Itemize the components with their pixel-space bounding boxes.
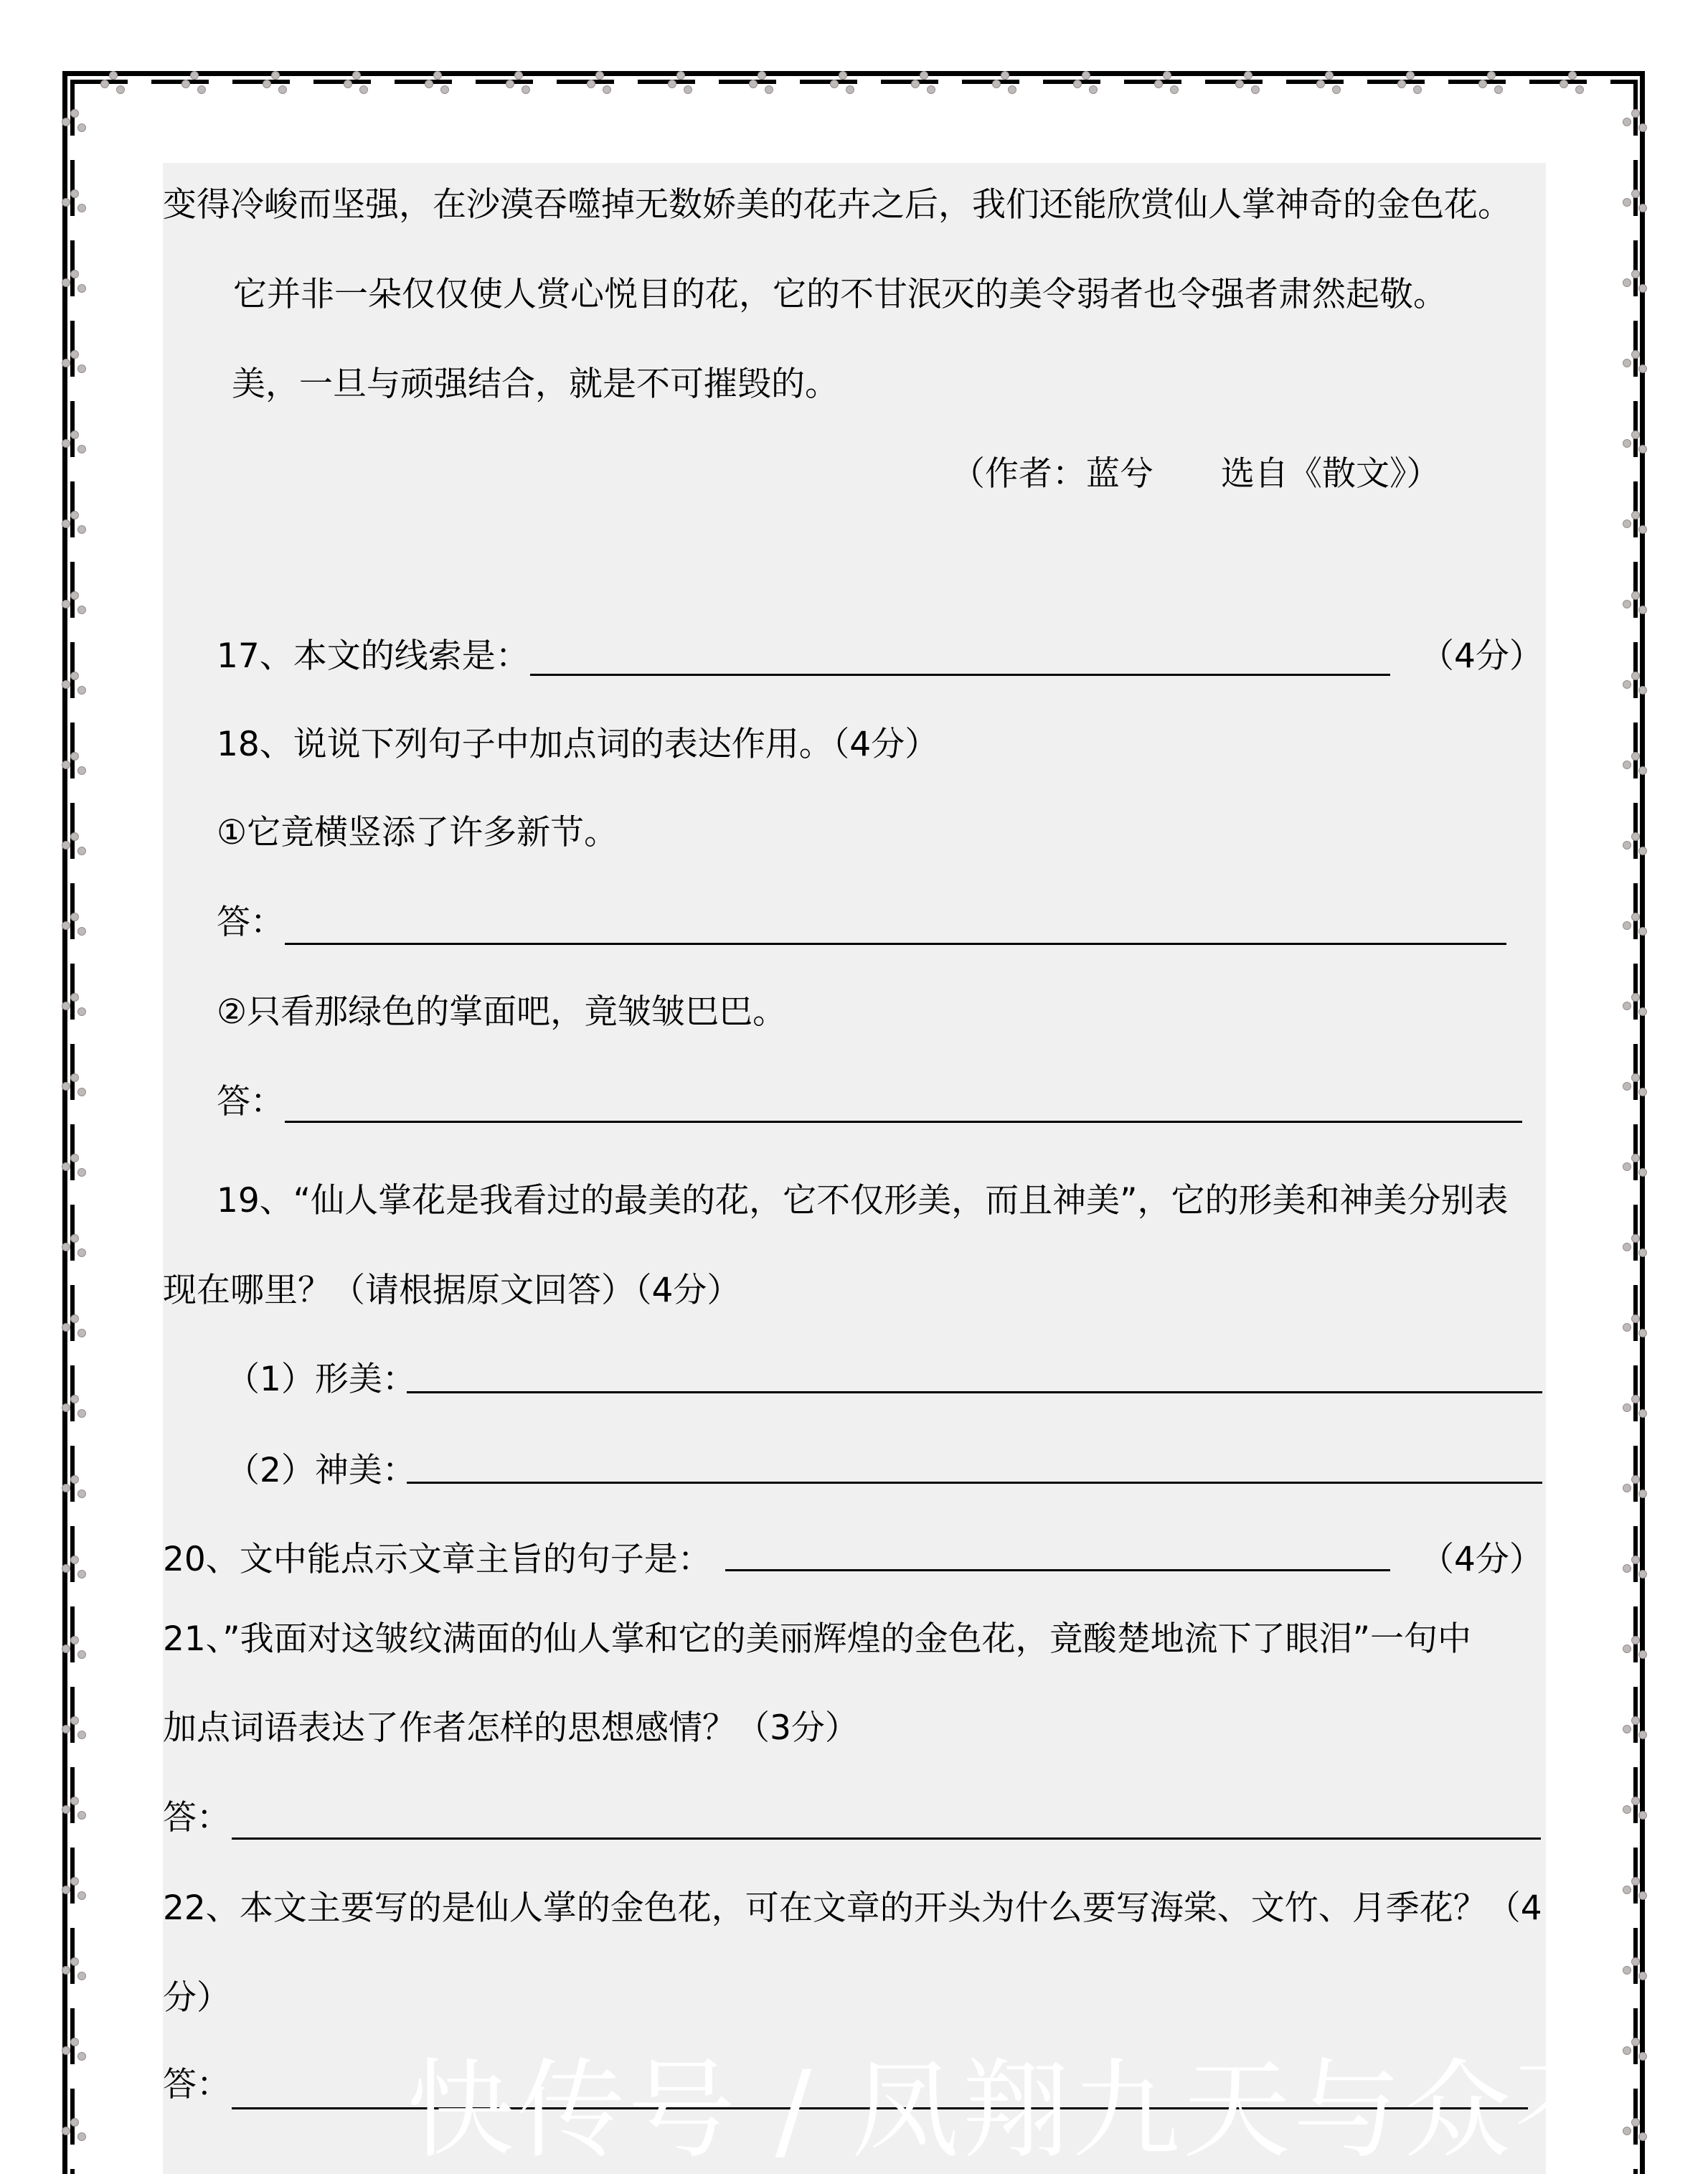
dot-cluster-ornament xyxy=(62,430,88,455)
dot-cluster-ornament xyxy=(62,993,88,1017)
dot-cluster-ornament xyxy=(1623,270,1648,294)
dot-cluster-ornament xyxy=(1623,1716,1648,1741)
question-22-answer-label: 答： xyxy=(163,2068,230,2102)
question-18-answer-1-blank[interactable] xyxy=(285,943,1506,945)
question-22-line-1: 22、本文主要写的是仙人掌的金色花，可在文章的开头为什么要写海棠、文竹、月季花？… xyxy=(163,1891,1542,1925)
dot-cluster-ornament xyxy=(1073,71,1099,95)
question-18-answer-1-label: 答： xyxy=(217,905,284,939)
dot-cluster-ornament xyxy=(1623,672,1648,696)
question-18-text: 18、说说下列句子中加点词的表达作用。（4分） xyxy=(217,728,938,761)
dot-cluster-ornament xyxy=(62,1154,88,1178)
dot-cluster-ornament xyxy=(1316,71,1342,95)
question-17-text: 17、本文的线索是： xyxy=(217,639,529,673)
dot-cluster-ornament xyxy=(62,2038,88,2062)
dot-cluster-ornament xyxy=(1623,913,1648,937)
dot-cluster-ornament xyxy=(1623,2038,1648,2062)
dot-cluster-ornament xyxy=(1623,1475,1648,1500)
dot-cluster-ornament xyxy=(1623,993,1648,1017)
dot-cluster-ornament xyxy=(1623,1957,1648,1982)
dot-cluster-ornament xyxy=(425,71,450,95)
frame-outer-right-border xyxy=(1640,71,1645,2174)
dot-cluster-ornament xyxy=(1623,1073,1648,1098)
question-19-part-1-blank[interactable] xyxy=(407,1391,1542,1393)
frame-outer-left-border xyxy=(62,71,67,2174)
dot-cluster-ornament xyxy=(1623,109,1648,133)
dot-cluster-ornament xyxy=(1154,71,1180,95)
dot-cluster-ornament xyxy=(62,350,88,375)
dot-cluster-ornament xyxy=(1478,71,1504,95)
dot-cluster-ornament xyxy=(1623,832,1648,857)
dot-cluster-ornament xyxy=(1623,1556,1648,1580)
question-20-score: （4分） xyxy=(1420,1543,1543,1576)
frame-inner-left-dashes xyxy=(70,80,75,2174)
question-18-answer-2-blank[interactable] xyxy=(285,1121,1522,1123)
question-22-line-2: 分） xyxy=(163,1981,230,2015)
question-19-part-2-blank[interactable] xyxy=(407,1482,1542,1484)
question-18-answer-2-label: 答： xyxy=(217,1085,284,1119)
dot-cluster-ornament xyxy=(1623,1797,1648,1821)
dot-cluster-ornament xyxy=(62,109,88,133)
dot-cluster-ornament xyxy=(992,71,1018,95)
question-19-line-1: 19、“仙人掌花是我看过的最美的花，它不仅形美，而且神美”，它的形美和神美分别表 xyxy=(217,1184,1509,1218)
dot-cluster-ornament xyxy=(62,270,88,294)
dot-cluster-ornament xyxy=(181,71,207,95)
dot-cluster-ornament xyxy=(1397,71,1423,95)
dot-cluster-ornament xyxy=(668,71,694,95)
dot-cluster-ornament xyxy=(62,1395,88,1419)
question-20-text: 20、文中能点示文章主旨的句子是： xyxy=(163,1543,712,1576)
question-17-score: （4分） xyxy=(1420,639,1543,673)
watermark-text: 快传号 / 凤翔九天与众不 xyxy=(407,2057,1546,2165)
dot-cluster-ornament xyxy=(62,1957,88,1982)
dot-cluster-ornament xyxy=(1623,1234,1648,1258)
dot-cluster-ornament xyxy=(62,1475,88,1500)
question-17-answer-blank[interactable] xyxy=(530,674,1390,676)
question-21-answer-blank[interactable] xyxy=(232,1837,1541,1840)
dot-cluster-ornament xyxy=(263,71,288,95)
question-18-item-1: ①它竟横竖添了许多新节。 xyxy=(217,816,618,850)
dot-cluster-ornament xyxy=(100,71,126,95)
dot-cluster-ornament xyxy=(1623,189,1648,214)
dot-cluster-ornament xyxy=(1623,1154,1648,1178)
dot-cluster-ornament xyxy=(62,1314,88,1339)
dot-cluster-ornament xyxy=(62,1073,88,1098)
dot-cluster-ornament xyxy=(1623,1395,1648,1419)
dot-cluster-ornament xyxy=(1560,71,1585,95)
dot-cluster-ornament xyxy=(62,832,88,857)
dot-cluster-ornament xyxy=(1623,591,1648,616)
dot-cluster-ornament xyxy=(62,511,88,535)
dot-cluster-ornament xyxy=(911,71,937,95)
question-19-line-2: 现在哪里？（请根据原文回答）（4分） xyxy=(163,1274,740,1307)
frame-inner-right-dashes xyxy=(1633,80,1638,2174)
dot-cluster-ornament xyxy=(62,1797,88,1821)
dot-cluster-ornament xyxy=(1623,1636,1648,1660)
dot-cluster-ornament xyxy=(1623,1314,1648,1339)
dot-cluster-ornament xyxy=(62,591,88,616)
question-18-item-2: ②只看那绿色的掌面吧，竟皱皱巴巴。 xyxy=(217,995,786,1029)
dot-cluster-ornament xyxy=(1623,430,1648,455)
dot-cluster-ornament xyxy=(1235,71,1261,95)
question-21-answer-label: 答： xyxy=(163,1801,230,1835)
dot-cluster-ornament xyxy=(1623,511,1648,535)
passage-line-3: 美，一旦与顽强结合，就是不可摧毁的。 xyxy=(232,367,839,401)
dot-cluster-ornament xyxy=(62,1556,88,1580)
question-20-answer-blank[interactable] xyxy=(725,1569,1390,1571)
exam-content-panel: 变得冷峻而坚强，在沙漠吞噬掉无数娇美的花卉之后，我们还能欣赏仙人掌神奇的金色花。… xyxy=(163,163,1546,2174)
passage-attribution: （作者：蓝兮 选自《散文》） xyxy=(951,457,1440,491)
dot-cluster-ornament xyxy=(587,71,613,95)
dot-cluster-ornament xyxy=(62,1636,88,1660)
dot-cluster-ornament xyxy=(62,913,88,937)
dot-cluster-ornament xyxy=(62,672,88,696)
question-21-line-1: 21、”我面对这皱纹满面的仙人掌和它的美丽辉煌的金色花，竟酸楚地流下了眼泪”一句… xyxy=(163,1622,1471,1656)
dot-cluster-ornament xyxy=(1623,2118,1648,2142)
dot-cluster-ornament xyxy=(1623,752,1648,776)
question-21-line-2: 加点词语表达了作者怎样的思想感情？（3分） xyxy=(163,1711,859,1745)
dot-cluster-ornament xyxy=(506,71,532,95)
question-19-part-2-label: （2）神美： xyxy=(226,1454,416,1487)
dot-cluster-ornament xyxy=(344,71,369,95)
dot-cluster-ornament xyxy=(62,1234,88,1258)
dot-cluster-ornament xyxy=(62,189,88,214)
dot-cluster-ornament xyxy=(1623,1877,1648,1901)
dot-cluster-ornament xyxy=(749,71,775,95)
dot-cluster-ornament xyxy=(62,1877,88,1901)
passage-line-1: 变得冷峻而坚强，在沙漠吞噬掉无数娇美的花卉之后，我们还能欣赏仙人掌神奇的金色花。 xyxy=(163,188,1511,222)
passage-line-2: 它并非一朵仅仅使人赏心悦目的花，它的不甘泯灭的美令弱者也令强者肃然起敬。 xyxy=(233,278,1447,311)
dot-cluster-ornament xyxy=(830,71,856,95)
dot-cluster-ornament xyxy=(62,752,88,776)
question-19-part-1-label: （1）形美： xyxy=(226,1363,416,1396)
dot-cluster-ornament xyxy=(62,1716,88,1741)
dot-cluster-ornament xyxy=(1623,350,1648,375)
dot-cluster-ornament xyxy=(62,2118,88,2142)
